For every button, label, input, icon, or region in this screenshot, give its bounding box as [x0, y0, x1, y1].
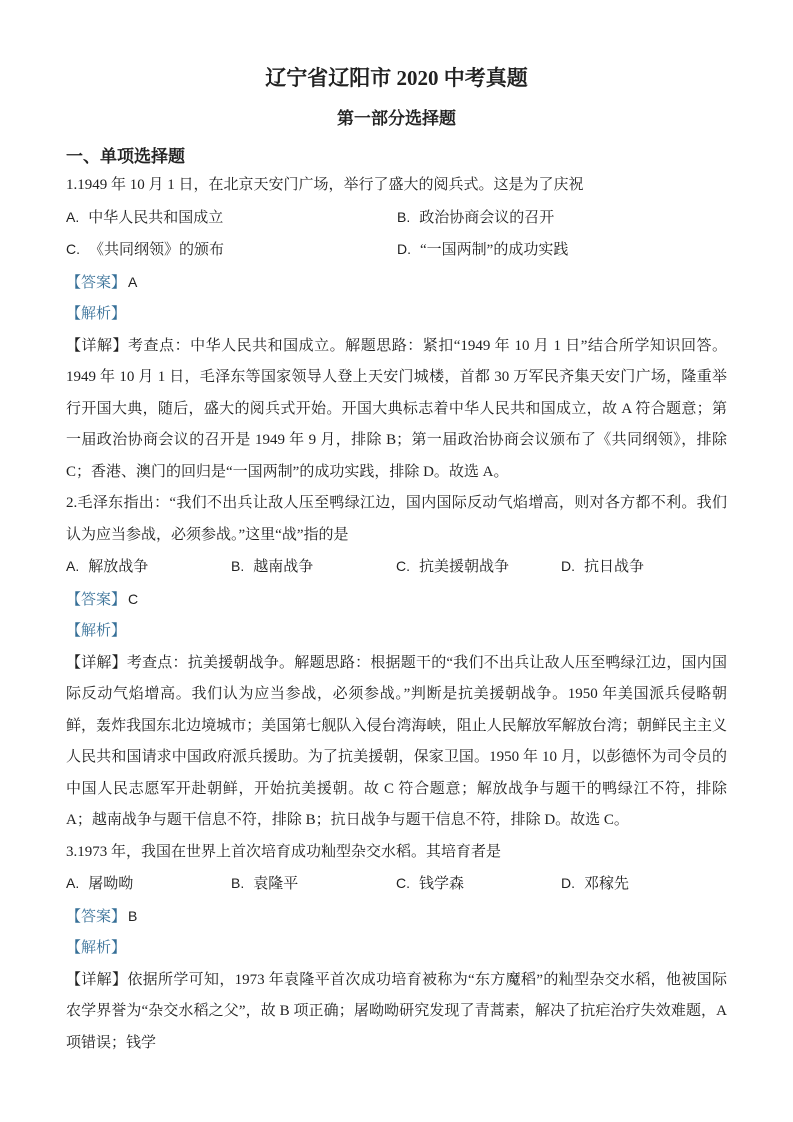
option-key: B.	[397, 209, 410, 225]
question-3: 3.1973 年，我国在世界上首次培育成功籼型杂交水稻。其培育者是 A.屠呦呦B…	[66, 837, 727, 1060]
section-heading: 一、单项选择题	[66, 144, 727, 170]
question-3-options-row: A.屠呦呦B.袁隆平C.钱学森D.邓稼先	[66, 868, 727, 901]
question-1-detail: 【详解】考查点：中华人民共和国成立。解题思路：紧扣“1949 年 10 月 1 …	[66, 331, 727, 489]
option-key: A.	[66, 209, 79, 225]
option-key: B.	[231, 558, 244, 574]
analysis-label: 【解析】	[66, 623, 126, 639]
analysis-label: 【解析】	[66, 306, 126, 322]
question-3-option-b: B.袁隆平	[231, 868, 396, 901]
detail-label: 【详解】	[66, 972, 127, 988]
question-3-option-c: C.钱学森	[396, 868, 561, 901]
question-2-detail: 【详解】考查点：抗美援朝战争。解题思路：根据题干的“我们不出兵让敌人压至鸭绿江边…	[66, 648, 727, 837]
question-2-options-row: A.解放战争B.越南战争C.抗美援朝战争D.抗日战争	[66, 551, 727, 584]
detail-label: 【详解】	[66, 655, 127, 671]
question-1: 1.1949 年 10 月 1 日，在北京天安门广场，举行了盛大的阅兵式。这是为…	[66, 170, 727, 488]
option-key: D.	[561, 558, 575, 574]
analysis-label: 【解析】	[66, 940, 126, 956]
question-3-option-d: D.邓稼先	[561, 868, 629, 901]
option-key: C.	[66, 241, 80, 257]
question-2-option-c: C.抗美援朝战争	[396, 551, 561, 584]
option-text: 抗美援朝战争	[419, 559, 509, 575]
answer-value: A	[128, 274, 137, 290]
question-2: 2.毛泽东指出：“我们不出兵让敌人压至鸭绿江边，国内国际反动气焰增高，则对各方都…	[66, 488, 727, 837]
question-1-analysis-line: 【解析】	[66, 299, 727, 331]
option-text: 袁隆平	[253, 876, 298, 892]
option-text: 邓稼先	[584, 876, 629, 892]
question-2-answer-line: 【答案】C	[66, 584, 727, 617]
option-text: 政治协商会议的召开	[419, 210, 554, 226]
answer-label: 【答案】	[66, 592, 126, 608]
question-1-stem: 1.1949 年 10 月 1 日，在北京天安门广场，举行了盛大的阅兵式。这是为…	[66, 170, 727, 202]
page-title: 辽宁省辽阳市 2020 中考真题	[66, 62, 727, 94]
question-1-options-row-2: C.《共同纲领》的颁布D.“一国两制”的成功实践	[66, 234, 727, 267]
option-text: 《共同纲领》的颁布	[89, 242, 224, 258]
option-text: 中华人民共和国成立	[88, 210, 223, 226]
detail-text: 依据所学可知，1973 年袁隆平首次成功培育被称为“东方魔稻”的籼型杂交水稻，他…	[66, 972, 727, 1051]
question-3-option-a: A.屠呦呦	[66, 868, 231, 901]
question-3-answer-line: 【答案】B	[66, 901, 727, 934]
question-3-detail: 【详解】依据所学可知，1973 年袁隆平首次成功培育被称为“东方魔稻”的籼型杂交…	[66, 965, 727, 1060]
detail-label: 【详解】	[66, 338, 128, 354]
option-text: 钱学森	[419, 876, 464, 892]
question-3-analysis-line: 【解析】	[66, 933, 727, 965]
exam-document-page: 辽宁省辽阳市 2020 中考真题 第一部分选择题 一、单项选择题 1.1949 …	[0, 0, 793, 1122]
option-text: 抗日战争	[584, 559, 644, 575]
option-text: 越南战争	[253, 559, 313, 575]
question-1-options-row-1: A.中华人民共和国成立B.政治协商会议的召开	[66, 202, 727, 235]
question-1-answer-line: 【答案】A	[66, 267, 727, 300]
question-1-option-c: C.《共同纲领》的颁布	[66, 234, 397, 267]
option-key: A.	[66, 558, 79, 574]
answer-value: C	[128, 591, 138, 607]
question-2-stem: 2.毛泽东指出：“我们不出兵让敌人压至鸭绿江边，国内国际反动气焰增高，则对各方都…	[66, 488, 727, 551]
question-1-option-d: D.“一国两制”的成功实践	[397, 234, 568, 267]
part-heading: 第一部分选择题	[66, 106, 727, 132]
question-1-option-b: B.政治协商会议的召开	[397, 202, 554, 235]
option-text: “一国两制”的成功实践	[420, 242, 568, 258]
option-key: D.	[561, 875, 575, 891]
detail-text: 考查点：抗美援朝战争。解题思路：根据题干的“我们不出兵让敌人压至鸭绿江边，国内国…	[66, 655, 727, 829]
question-2-option-d: D.抗日战争	[561, 551, 644, 584]
answer-label: 【答案】	[66, 275, 126, 291]
option-key: C.	[396, 558, 410, 574]
option-text: 解放战争	[88, 559, 148, 575]
option-key: D.	[397, 241, 411, 257]
question-2-analysis-line: 【解析】	[66, 616, 727, 648]
question-3-stem: 3.1973 年，我国在世界上首次培育成功籼型杂交水稻。其培育者是	[66, 837, 727, 869]
detail-text: 考查点：中华人民共和国成立。解题思路：紧扣“1949 年 10 月 1 日”结合…	[66, 338, 727, 480]
question-2-option-a: A.解放战争	[66, 551, 231, 584]
option-text: 屠呦呦	[88, 876, 133, 892]
option-key: A.	[66, 875, 79, 891]
question-1-option-a: A.中华人民共和国成立	[66, 202, 397, 235]
option-key: C.	[396, 875, 410, 891]
answer-label: 【答案】	[66, 909, 126, 925]
question-2-option-b: B.越南战争	[231, 551, 396, 584]
answer-value: B	[128, 908, 137, 924]
option-key: B.	[231, 875, 244, 891]
